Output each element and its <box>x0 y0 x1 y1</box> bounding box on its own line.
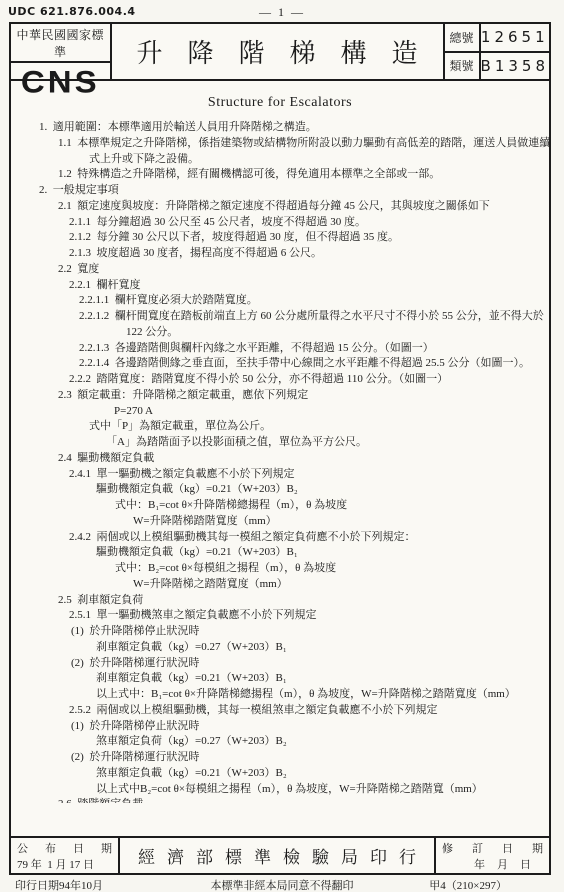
doc-line: 2.2.1.4 各邊踏階側緣之垂直面，至扶手帶中心線間之水平距離不得超過 25.… <box>11 356 549 372</box>
serial-number-value: 12651 <box>481 24 549 51</box>
doc-line: 以上式中B₂=cot θ×每模組之揚程（m），θ 為坡度，W=升降階梯之踏階寬（… <box>11 782 549 798</box>
doc-line: 2.4.1 單一驅動機之額定負載應不小於下列規定 <box>11 467 549 483</box>
publisher-name: 經濟部標準檢驗局印行 <box>120 838 434 873</box>
doc-line: 式上升或下降之設備。 <box>11 152 549 168</box>
page-number: — 1 — <box>0 5 564 20</box>
doc-line: P=270 A <box>11 404 549 420</box>
doc-line: 2.4.2 兩個或以上模組驅動機其每一模組之額定負荷應不小於下列規定： <box>11 530 549 546</box>
doc-line: (1) 於升降階梯停止狀況時 <box>11 624 549 640</box>
doc-line: 2.6 踏階額定負載 <box>11 797 549 803</box>
doc-line: (2) 於升降階梯運行狀況時 <box>11 656 549 672</box>
footer-table: 公布日期 79 年 1 月 17 日 經濟部標準檢驗局印行 修訂日期 年月日 <box>11 836 549 873</box>
doc-line: (2) 於升降階梯運行狀況時 <box>11 750 549 766</box>
class-number-label: 類號 <box>445 53 481 80</box>
doc-line: 2.1.2 每分鐘 30 公尺以下者，坡度得超過 30 度，但不得超過 35 度… <box>11 230 549 246</box>
doc-line: 「A」為踏階面予以投影面積之值，單位為平方公尺。 <box>11 435 549 451</box>
doc-line: 2.5.1 單一驅動機煞車之額定負載應不小於下列規定 <box>11 608 549 624</box>
serial-number-row: 總號 12651 <box>445 24 549 51</box>
doc-line: 2.2.1 欄杆寬度 <box>11 278 549 294</box>
doc-line: 1. 適用範圍：本標準適用於輸送人員用升降階梯之構造。 <box>11 120 549 136</box>
doc-line: 122 公分。 <box>11 325 549 341</box>
doc-line: 2.2.1.3 各邊踏階側與欄杆內緣之水平距離，不得超過 15 公分。（如圖一） <box>11 341 549 357</box>
doc-line: 刹車額定負載（kg）=0.27（W+203）B₁ <box>11 640 549 656</box>
standard-header: 中華民國國家標準 CNS 升降階梯構造 總號 12651 類號 B1358 <box>11 24 549 81</box>
doc-line: 驅動機額定負載（kg）=0.21（W+203）B₂ <box>11 482 549 498</box>
doc-line: 驅動機額定負載（kg）=0.21（W+203）B₁ <box>11 545 549 561</box>
doc-line: W=升降階梯之踏階寬度（mm） <box>11 577 549 593</box>
doc-line: 2.3 額定載重：升降階梯之額定載重，應依下列規定 <box>11 388 549 404</box>
paper-size-note: 甲4（210×297） <box>429 877 507 892</box>
revision-date-label: 修訂日期 <box>442 840 543 856</box>
doc-line: 2.2.2 踏階寬度：踏階寬度不得小於 50 公分，亦不得超過 110 公分。（… <box>11 372 549 388</box>
doc-line: 式中：B₁=cot θ×升降階梯總揚程（m），θ 為坡度 <box>11 498 549 514</box>
doc-line: 2.2 寬度 <box>11 262 549 278</box>
cns-logo-cell: 中華民國國家標準 CNS <box>11 24 112 79</box>
doc-line: 2.2.1.1 欄杆寬度必須大於踏階寬度。 <box>11 293 549 309</box>
doc-line: 2. 一般規定事項 <box>11 183 549 199</box>
doc-line: 2.1.1 每分鐘超過 30 公尺至 45 公尺者，坡度不得超過 30 度。 <box>11 215 549 231</box>
doc-line: 式中：B₂=cot θ×每模組之揚程（m），θ 為坡度 <box>11 561 549 577</box>
doc-line: 煞車額定負荷（kg）=0.27（W+203）B₂ <box>11 734 549 750</box>
revision-date-cell: 修訂日期 年月日 <box>434 838 549 873</box>
doc-line: 1.2 特殊構造之升降階梯，經有關機構認可後，得免適用本標準之全部或一部。 <box>11 167 549 183</box>
english-title: Structure for Escalators <box>11 95 549 111</box>
doc-line: 式中「P」為額定載重，單位為公斤。 <box>11 419 549 435</box>
publish-date-value: 79 年 1 月 17 日 <box>17 856 112 872</box>
standard-org-label: 中華民國國家標準 <box>11 24 110 63</box>
doc-line: 刹車額定負載（kg）=0.21（W+203）B₁ <box>11 671 549 687</box>
doc-line: 2.5 刹車額定負荷 <box>11 593 549 609</box>
bottom-notes: 印行日期94年10月 本標準非經本局同意不得翻印 甲4（210×297） <box>9 877 555 891</box>
publish-date-cell: 公布日期 79 年 1 月 17 日 <box>11 838 120 873</box>
doc-line: 1.1 本標準規定之升降階梯，係指建築物或結構物所附設以動力驅動有高低差的踏階，… <box>11 136 549 152</box>
class-number-row: 類號 B1358 <box>445 51 549 80</box>
doc-line: 以上式中：B₁=cot θ×升降階梯總揚程（m），θ 為坡度，W=升降階梯之踏階… <box>11 687 549 703</box>
doc-line: (1) 於升降階梯停止狀況時 <box>11 719 549 735</box>
standard-title: 升降階梯構造 <box>112 24 443 79</box>
publish-date-label: 公布日期 <box>17 840 112 856</box>
doc-line: 2.4 驅動機額定負載 <box>11 451 549 467</box>
document-body: Structure for Escalators 1. 適用範圍：本標準適用於輸… <box>11 81 549 803</box>
page-top-bar: UDC 621.876.004.4 — 1 — <box>0 3 564 21</box>
doc-line: 2.5.2 兩個或以上模組驅動機，其每一模組煞車之額定負載應不小於下列規定 <box>11 703 549 719</box>
doc-line: W=升降階梯踏階寬度（mm） <box>11 514 549 530</box>
doc-line: 2.2.1.2 欄杆間寬度在踏板前端直上方 60 公分處所量得之水平尺寸不得小於… <box>11 309 549 325</box>
doc-line: 煞車額定負載（kg）=0.21（W+203）B₂ <box>11 766 549 782</box>
doc-line: 2.1 額定速度與坡度：升降階梯之額定速度不得超過每分鐘 45 公尺，其與坡度之… <box>11 199 549 215</box>
document-lines: 1. 適用範圍：本標準適用於輸送人員用升降階梯之構造。1.1 本標準規定之升降階… <box>11 120 549 803</box>
document-frame: 中華民國國家標準 CNS 升降階梯構造 總號 12651 類號 B1358 St… <box>9 22 551 875</box>
serial-number-label: 總號 <box>445 24 481 51</box>
standard-number-cell: 總號 12651 類號 B1358 <box>443 24 549 79</box>
doc-line: 2.1.3 坡度超過 30 度者，揚程高度不得超過 6 公尺。 <box>11 246 549 262</box>
class-number-value: B1358 <box>481 53 549 80</box>
revision-date-value: 年月日 <box>442 856 543 872</box>
